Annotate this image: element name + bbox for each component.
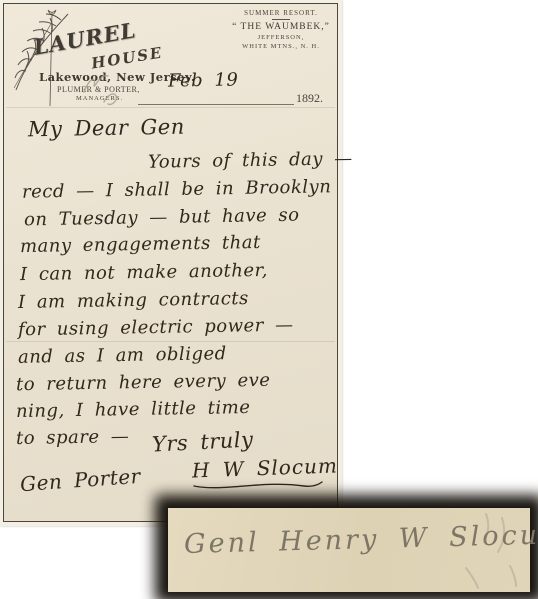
date-rule xyxy=(138,104,294,105)
body-line: many engagements that xyxy=(20,232,261,257)
body-line: and as I am obliged xyxy=(18,343,227,368)
resort-region: WHITE MTNS., N. H. xyxy=(222,43,340,50)
signature-closeup-inset: Genl Henry W Slocum xyxy=(150,490,538,599)
body-line: to return here every eve xyxy=(16,370,271,395)
body-line: ning, I have little time xyxy=(16,397,251,422)
pencil-scribble xyxy=(78,66,134,112)
scanned-letter-listing: LAUREL HOUSE Lakewood, New Jersey. PLUME… xyxy=(0,0,538,599)
inset-paper: Genl Henry W Slocum xyxy=(168,508,530,592)
letter-sheet: LAUREL HOUSE Lakewood, New Jersey. PLUME… xyxy=(0,0,342,526)
body-line: to spare — xyxy=(16,426,130,449)
summer-resort-label: SUMMER RESORT. xyxy=(222,9,340,17)
body-line: I can not make another, xyxy=(20,260,268,285)
handwritten-date: Feb 19 xyxy=(168,69,239,91)
printed-year: 1892. xyxy=(296,91,323,106)
resort-name: “ THE WAUMBEK,” xyxy=(222,22,340,32)
divider-rule xyxy=(272,19,290,20)
salutation: My Dear Gen xyxy=(28,115,185,142)
summer-resort-block: SUMMER RESORT. “ THE WAUMBEK,” JEFFERSON… xyxy=(222,9,340,50)
body-line: I am making contracts xyxy=(18,288,249,313)
resort-town: JEFFERSON, xyxy=(222,34,340,41)
paper-crease xyxy=(6,341,335,342)
body-line: Yours of this day — xyxy=(148,148,353,173)
pencil-smudges xyxy=(406,508,526,592)
